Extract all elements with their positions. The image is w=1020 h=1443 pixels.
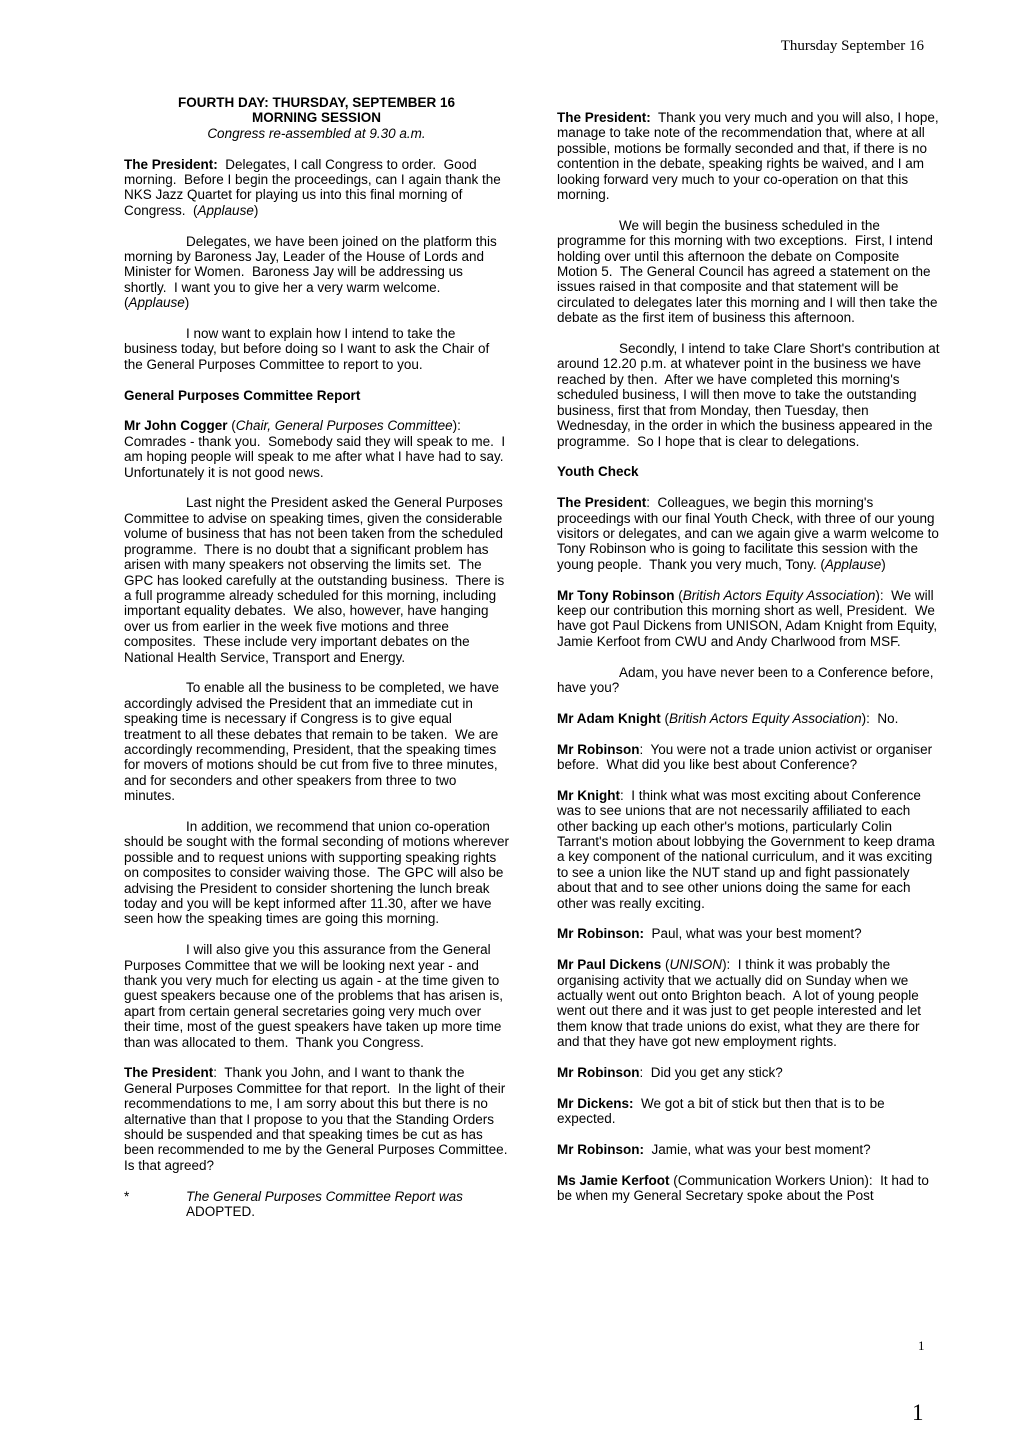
body-text: ) <box>254 203 259 218</box>
body-text: Secondly, I intend to take Clare Short's… <box>557 341 943 448</box>
paragraph: Mr Robinson: Did you get any stick? <box>557 1065 942 1080</box>
paragraph: Mr John Cogger (Chair, General Purposes … <box>124 418 509 480</box>
paragraph: Mr Knight: I think what was most excitin… <box>557 788 942 911</box>
speaker-name: Mr John Cogger <box>124 418 228 433</box>
paragraph: To enable all the business to be complet… <box>124 680 509 803</box>
paragraph: Mr Dickens: We got a bit of stick but th… <box>557 1096 942 1127</box>
body-text: ( <box>675 588 683 603</box>
footnote-star: * <box>124 1189 129 1204</box>
title-line: FOURTH DAY: THURSDAY, SEPTEMBER 16 <box>124 95 509 110</box>
body-text: Adam, you have never been to a Conferenc… <box>557 665 937 695</box>
body-text: To enable all the business to be complet… <box>124 680 503 803</box>
paragraph: I will also give you this assurance from… <box>124 942 509 1050</box>
speaker-name: The President <box>124 1065 213 1080</box>
body-text: : Thank you John, and I want to thank th… <box>124 1065 515 1172</box>
body-text: ( <box>228 418 236 433</box>
section-heading: Youth Check <box>557 464 942 479</box>
emphasis-text: British Actors Equity Association <box>669 711 862 726</box>
large-page-number: 1 <box>912 1401 924 1425</box>
speaker-name: The President: <box>557 110 651 125</box>
emphasis-text: Congress re-assembled at 9.30 a.m. <box>207 126 425 141</box>
emphasis-text: British Actors Equity Association <box>683 588 876 603</box>
speaker-name: The President: <box>124 157 218 172</box>
speaker-name: Mr Adam Knight <box>557 711 661 726</box>
body-text: We will begin the business scheduled in … <box>557 218 941 325</box>
resolution-note: *The General Purposes Committee Report w… <box>124 1189 509 1220</box>
speaker-name: MORNING SESSION <box>252 110 381 125</box>
speaker-name: Youth Check <box>557 464 639 479</box>
paragraph: Mr Robinson: Jamie, what was your best m… <box>557 1142 942 1157</box>
body-text: Paul, what was your best moment? <box>644 926 862 941</box>
paragraph: Ms Jamie Kerfoot (Communication Workers … <box>557 1173 942 1204</box>
paragraph: Mr Robinson: Paul, what was your best mo… <box>557 926 942 941</box>
body-text: ) <box>185 295 190 310</box>
footer-page-number: 1 <box>918 1339 925 1353</box>
paragraph: Mr Adam Knight (British Actors Equity As… <box>557 711 942 726</box>
body-text: ( <box>661 957 669 972</box>
speaker-name: Mr Paul Dickens <box>557 957 661 972</box>
emphasis-text: UNISON <box>670 957 723 972</box>
emphasis-text: Applause <box>198 203 254 218</box>
emphasis-text: The General Purposes Committee Report wa… <box>186 1189 463 1204</box>
speaker-name: The President <box>557 495 646 510</box>
paragraph: We will begin the business scheduled in … <box>557 218 942 326</box>
speaker-name: Ms Jamie Kerfoot <box>557 1173 670 1188</box>
speaker-name: FOURTH DAY: THURSDAY, SEPTEMBER 16 <box>178 95 455 110</box>
right-column: The President: Thank you very much and y… <box>557 110 942 1235</box>
speaker-name: Mr Knight <box>557 788 620 803</box>
body-text: ( <box>661 711 669 726</box>
paragraph: Adam, you have never been to a Conferenc… <box>557 665 942 696</box>
speaker-name: Mr Dickens: <box>557 1096 634 1111</box>
emphasis-text: Applause <box>825 557 881 572</box>
speaker-name: Mr Robinson <box>557 1065 640 1080</box>
speaker-name: Mr Robinson: <box>557 926 644 941</box>
body-text: Last night the President asked the Gener… <box>124 495 508 664</box>
body-text: ADOPTED. <box>186 1204 255 1219</box>
speaker-name: Mr Tony Robinson <box>557 588 675 603</box>
body-text: In addition, we recommend that union co-… <box>124 819 513 926</box>
paragraph: The President: Thank you John, and I wan… <box>124 1065 509 1173</box>
paragraph: Secondly, I intend to take Clare Short's… <box>557 341 942 449</box>
emphasis-text: Chair, General Purposes Committee <box>236 418 453 433</box>
paragraph: The President: Colleagues, we begin this… <box>557 495 942 572</box>
paragraph: Mr Robinson: You were not a trade union … <box>557 742 942 773</box>
section-heading: General Purposes Committee Report <box>124 388 509 403</box>
emphasis-text: Applause <box>129 295 185 310</box>
paragraph: I now want to explain how I intend to ta… <box>124 326 509 372</box>
paragraph: The President: Thank you very much and y… <box>557 110 942 202</box>
body-text: Jamie, what was your best moment? <box>644 1142 871 1157</box>
paragraph: Last night the President asked the Gener… <box>124 495 509 664</box>
body-text: I will also give you this assurance from… <box>124 942 507 1049</box>
speaker-name: General Purposes Committee Report <box>124 388 360 403</box>
left-column: FOURTH DAY: THURSDAY, SEPTEMBER 16MORNIN… <box>124 95 509 1235</box>
body-text: I now want to explain how I intend to ta… <box>124 326 493 372</box>
title-line: Congress re-assembled at 9.30 a.m. <box>124 126 509 141</box>
paragraph: In addition, we recommend that union co-… <box>124 819 509 927</box>
document-body: FOURTH DAY: THURSDAY, SEPTEMBER 16MORNIN… <box>124 95 942 1235</box>
body-text: : Did you get any stick? <box>640 1065 783 1080</box>
body-text: : I think what was most exciting about C… <box>557 788 939 911</box>
body-text: ): No. <box>862 711 899 726</box>
paragraph: Delegates, we have been joined on the pl… <box>124 234 509 311</box>
title-line: MORNING SESSION <box>124 110 509 125</box>
paragraph: Mr Tony Robinson (British Actors Equity … <box>557 588 942 650</box>
body-text: ) <box>881 557 886 572</box>
header-date: Thursday September 16 <box>0 37 924 55</box>
paragraph: Mr Paul Dickens (UNISON): I think it was… <box>557 957 942 1049</box>
speaker-name: Mr Robinson <box>557 742 640 757</box>
paragraph: The President: Delegates, I call Congres… <box>124 157 509 219</box>
speaker-name: Mr Robinson: <box>557 1142 644 1157</box>
